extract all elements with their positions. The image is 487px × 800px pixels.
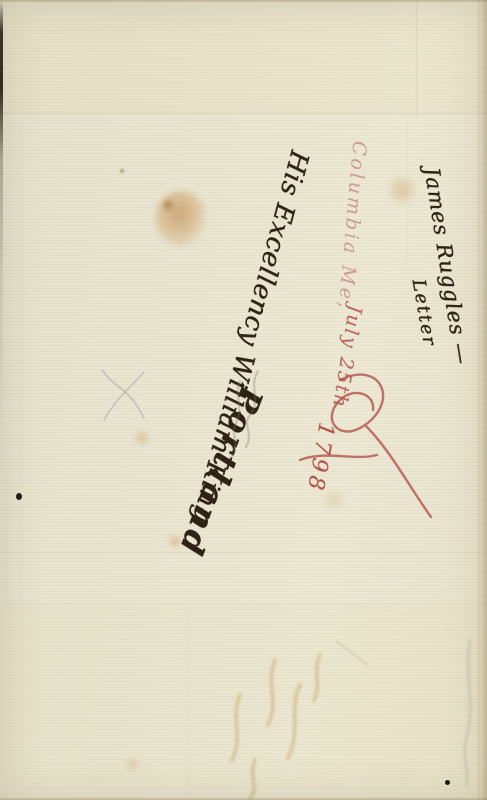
scanned-letter-page: Columbia Me, July 25th 1798 His Excellen… bbox=[0, 0, 487, 800]
scan-vignette bbox=[0, 0, 487, 800]
